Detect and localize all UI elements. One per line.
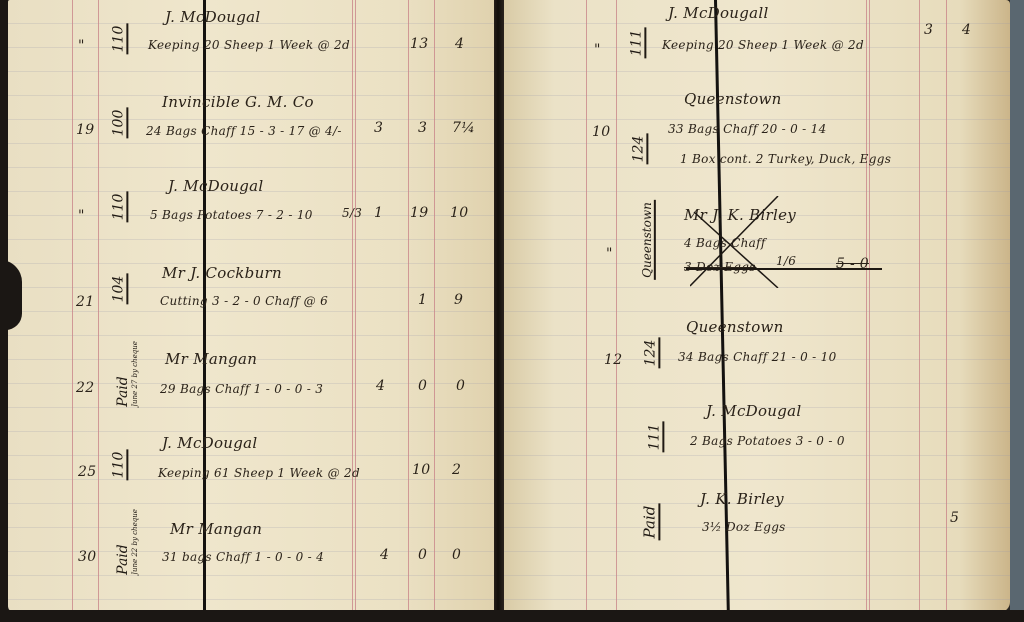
entry-name: Queenstown bbox=[684, 90, 782, 108]
entry-name: J. McDougall bbox=[668, 4, 769, 22]
entry-pence: 0 bbox=[452, 547, 461, 563]
background-edge bbox=[1010, 0, 1024, 622]
entry-rate: 5/3 bbox=[342, 206, 362, 220]
paid-stamp: Paid June 27 by cheque bbox=[115, 339, 139, 409]
entry-shillings: 3 bbox=[924, 22, 933, 38]
page-edge-shadow bbox=[0, 0, 8, 622]
entry-pence: 4 bbox=[962, 22, 971, 38]
entry-name: Invincible G. M. Co bbox=[162, 93, 314, 111]
entry-amount-struck: 5 - 0 bbox=[836, 256, 869, 272]
entry-folio: 124 bbox=[630, 134, 648, 165]
entry-description: 5 Bags Potatoes 7 - 2 - 10 bbox=[150, 208, 313, 222]
entry-day: " bbox=[606, 246, 613, 262]
paid-label: Paid bbox=[115, 544, 131, 575]
date-margin-rule bbox=[586, 0, 587, 612]
pounds-column-rule bbox=[866, 0, 870, 612]
entry-day: 25 bbox=[78, 464, 96, 480]
pounds-column-rule bbox=[352, 0, 356, 612]
entry-description: 33 Bags Chaff 20 - 0 - 14 bbox=[668, 122, 827, 136]
entry-day: 10 bbox=[592, 124, 610, 140]
pence-column-rule bbox=[434, 0, 435, 612]
entry-folio: 111 bbox=[646, 422, 664, 453]
entry-day: " bbox=[594, 42, 601, 58]
entry-shillings: 3 bbox=[418, 120, 427, 136]
entry-pence: 10 bbox=[450, 205, 468, 221]
entry-description: 31 bags Chaff 1 - 0 - 0 - 4 bbox=[162, 550, 324, 564]
entry-folio: 110 bbox=[110, 24, 128, 55]
folio-margin-rule bbox=[616, 0, 617, 612]
entry-description: Keeping 20 Sheep 1 Week @ 2d bbox=[148, 38, 350, 52]
entry-folio: 124 bbox=[642, 338, 660, 369]
entry-shillings: 0 bbox=[418, 547, 427, 563]
entry-day: " bbox=[78, 208, 85, 224]
entry-description: Keeping 61 Sheep 1 Week @ 2d bbox=[158, 466, 360, 480]
cross-out-mark-icon bbox=[690, 196, 780, 288]
entry-folio: 100 bbox=[110, 108, 128, 139]
entry-pounds: 3 bbox=[374, 120, 383, 136]
entry-name: Queenstown bbox=[686, 318, 784, 336]
entry-folio: 110 bbox=[110, 450, 128, 481]
bottom-edge-shadow bbox=[0, 610, 1024, 622]
shillings-column-rule bbox=[408, 0, 409, 612]
entry-description: 2 Bags Potatoes 3 - 0 - 0 bbox=[690, 434, 845, 448]
entry-pounds: 4 bbox=[380, 547, 389, 563]
entry-name: J. McDougal bbox=[168, 177, 264, 195]
entry-day: " bbox=[78, 38, 85, 54]
entry-shillings: 19 bbox=[410, 205, 428, 221]
entry-pence: 9 bbox=[454, 292, 463, 308]
entry-pence: 4 bbox=[455, 36, 464, 52]
entry-name: Mr J. Cockburn bbox=[162, 264, 282, 282]
entry-name: J. McDougal bbox=[162, 434, 258, 452]
entry-folio: 111 bbox=[628, 28, 646, 59]
strike-line bbox=[686, 268, 882, 270]
paid-label: Paid bbox=[115, 376, 131, 407]
entry-shillings: 10 bbox=[412, 462, 430, 478]
entry-day: 12 bbox=[604, 352, 622, 368]
entry-pence: 2 bbox=[452, 462, 461, 478]
entry-name: J. McDougal bbox=[165, 8, 261, 26]
entry-name: Mr Mangan bbox=[170, 520, 262, 538]
entry-name: J. K. Birley bbox=[700, 490, 784, 508]
entry-folio: 104 bbox=[110, 274, 128, 305]
entry-pence: 0 bbox=[456, 378, 465, 394]
paid-stamp: Paid bbox=[640, 504, 660, 541]
folio-margin-rule bbox=[98, 0, 99, 612]
entry-description: Keeping 20 Sheep 1 Week @ 2d bbox=[662, 38, 864, 52]
entry-shillings: 5 bbox=[950, 510, 959, 526]
entry-day: 30 bbox=[78, 549, 96, 565]
entry-folio: 110 bbox=[110, 192, 128, 223]
entry-description-line2: 1 Box cont. 2 Turkey, Duck, Eggs bbox=[680, 152, 891, 166]
pence-column-rule bbox=[946, 0, 947, 612]
entry-pence: 7¼ bbox=[452, 120, 475, 136]
entry-day: 21 bbox=[76, 294, 94, 310]
date-margin-rule bbox=[72, 0, 73, 612]
entry-description: 3½ Doz Eggs bbox=[702, 520, 786, 534]
entry-name: J. McDougal bbox=[706, 402, 802, 420]
paid-note: June 27 by cheque bbox=[131, 341, 139, 407]
entry-day: 22 bbox=[76, 380, 94, 396]
entry-description: 34 Bags Chaff 21 - 0 - 10 bbox=[678, 350, 837, 364]
shillings-column-rule bbox=[919, 0, 920, 612]
entry-pounds: 4 bbox=[376, 378, 385, 394]
paid-note: June 22 by cheque bbox=[131, 509, 139, 575]
entry-description: Cutting 3 - 2 - 0 Chaff @ 6 bbox=[160, 294, 328, 308]
entry-pounds: 1 bbox=[374, 205, 383, 221]
entry-folio: Queenstown bbox=[640, 200, 656, 280]
entry-shillings: 1 bbox=[418, 292, 427, 308]
paid-stamp: Paid June 22 by cheque bbox=[115, 507, 139, 577]
entry-description: 24 Bags Chaff 15 - 3 - 17 @ 4/- bbox=[146, 124, 342, 138]
entry-day: 19 bbox=[76, 122, 94, 138]
entry-shillings: 13 bbox=[410, 36, 428, 52]
entry-description: 29 Bags Chaff 1 - 0 - 0 - 3 bbox=[160, 382, 323, 396]
entry-name: Mr Mangan bbox=[165, 350, 257, 368]
entry-shillings: 0 bbox=[418, 378, 427, 394]
